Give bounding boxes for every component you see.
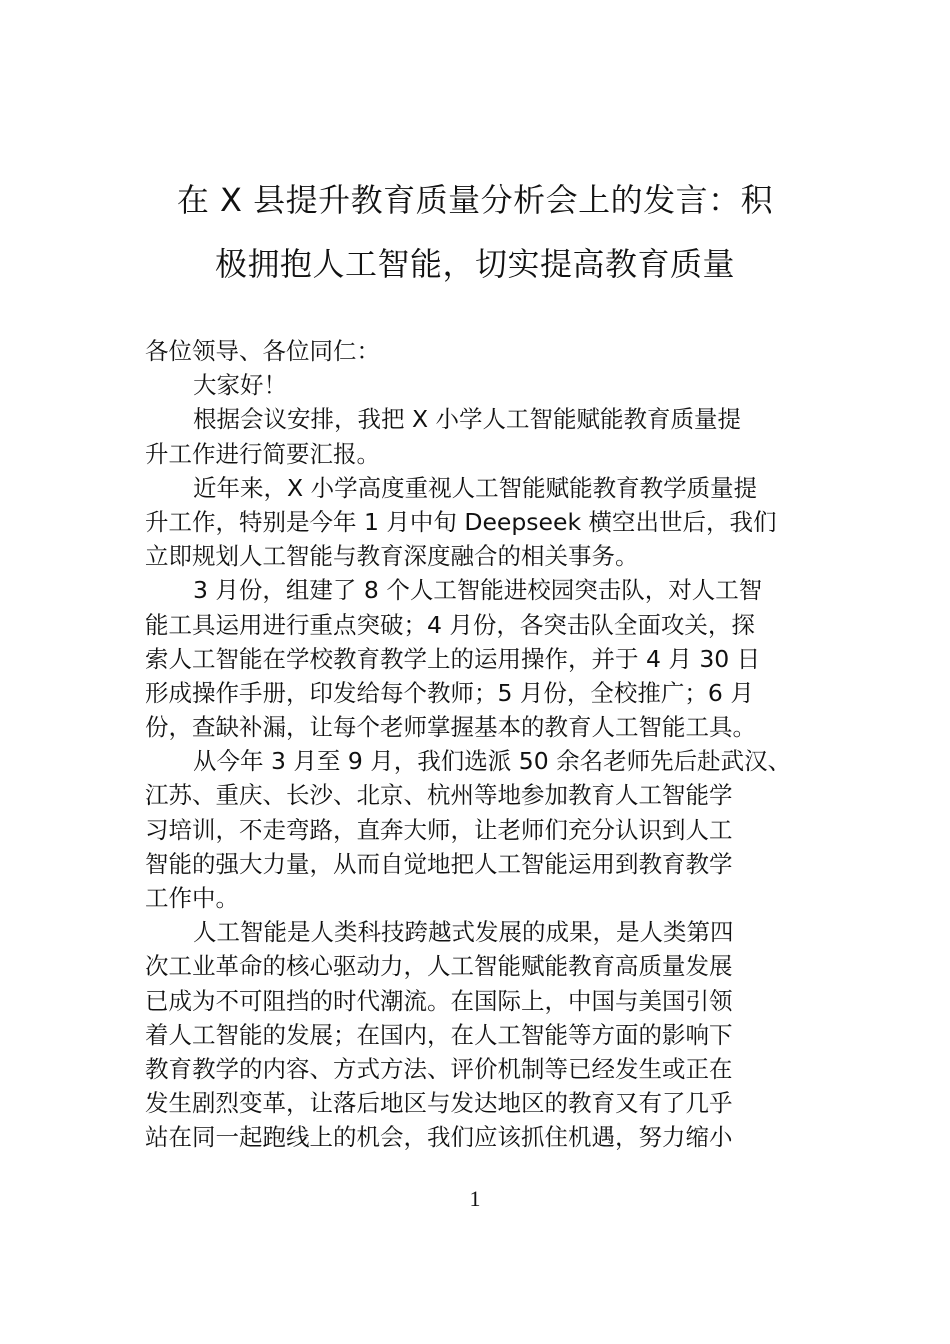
body-line: 江苏、重庆、长沙、北京、杭州等地参加教育人工智能学 <box>145 778 810 812</box>
body-line: 站在同一起跑线上的机会，我们应该抓住机遇，努力缩小 <box>145 1120 810 1154</box>
body-line: 根据会议安排，我把 X 小学人工智能赋能教育质量提 <box>145 402 810 436</box>
body-line: 已成为不可阻挡的时代潮流。在国际上，中国与美国引领 <box>145 984 810 1018</box>
title-line-1: 在 X 县提升教育质量分析会上的发言：积 <box>140 168 810 232</box>
body-line: 从今年 3 月至 9 月，我们选派 50 余名老师先后赴武汉、 <box>145 744 810 778</box>
body-line: 近年来，X 小学高度重视人工智能赋能教育教学质量提 <box>145 471 810 505</box>
body-line: 着人工智能的发展；在国内，在人工智能等方面的影响下 <box>145 1018 810 1052</box>
body-line: 3 月份，组建了 8 个人工智能进校园突击队，对人工智 <box>145 573 810 607</box>
body-line: 工作中。 <box>145 881 810 915</box>
body-line: 次工业革命的核心驱动力，人工智能赋能教育高质量发展 <box>145 949 810 983</box>
body-line: 习培训，不走弯路，直奔大师，让老师们充分认识到人工 <box>145 813 810 847</box>
body-line: 发生剧烈变革，让落后地区与发达地区的教育又有了几乎 <box>145 1086 810 1120</box>
title-line-2: 极拥抱人工智能，切实提高教育质量 <box>140 232 810 296</box>
document-title: 在 X 县提升教育质量分析会上的发言：积 极拥抱人工智能，切实提高教育质量 <box>140 168 810 296</box>
body-line: 大家好！ <box>145 368 810 402</box>
body-line: 能工具运用进行重点突破；4 月份，各突击队全面攻关，探 <box>145 608 810 642</box>
body-line: 教育教学的内容、方式方法、评价机制等已经发生或正在 <box>145 1052 810 1086</box>
body-line: 升工作，特别是今年 1 月中旬 Deepseek 横空出世后，我们 <box>145 505 810 539</box>
body-line: 立即规划人工智能与教育深度融合的相关事务。 <box>145 539 810 573</box>
body-line: 各位领导、各位同仁： <box>145 334 810 368</box>
body-line: 人工智能是人类科技跨越式发展的成果，是人类第四 <box>145 915 810 949</box>
body-line: 索人工智能在学校教育教学上的运用操作，并于 4 月 30 日 <box>145 642 810 676</box>
page-number: 1 <box>0 1186 950 1212</box>
document-body: 各位领导、各位同仁： 大家好！ 根据会议安排，我把 X 小学人工智能赋能教育质量… <box>145 334 810 1155</box>
body-line: 智能的强大力量，从而自觉地把人工智能运用到教育教学 <box>145 847 810 881</box>
document-page: 在 X 县提升教育质量分析会上的发言：积 极拥抱人工智能，切实提高教育质量 各位… <box>0 0 950 1344</box>
body-line: 份，查缺补漏，让每个老师掌握基本的教育人工智能工具。 <box>145 710 810 744</box>
body-line: 升工作进行简要汇报。 <box>145 437 810 471</box>
body-line: 形成操作手册，印发给每个教师；5 月份，全校推广；6 月 <box>145 676 810 710</box>
